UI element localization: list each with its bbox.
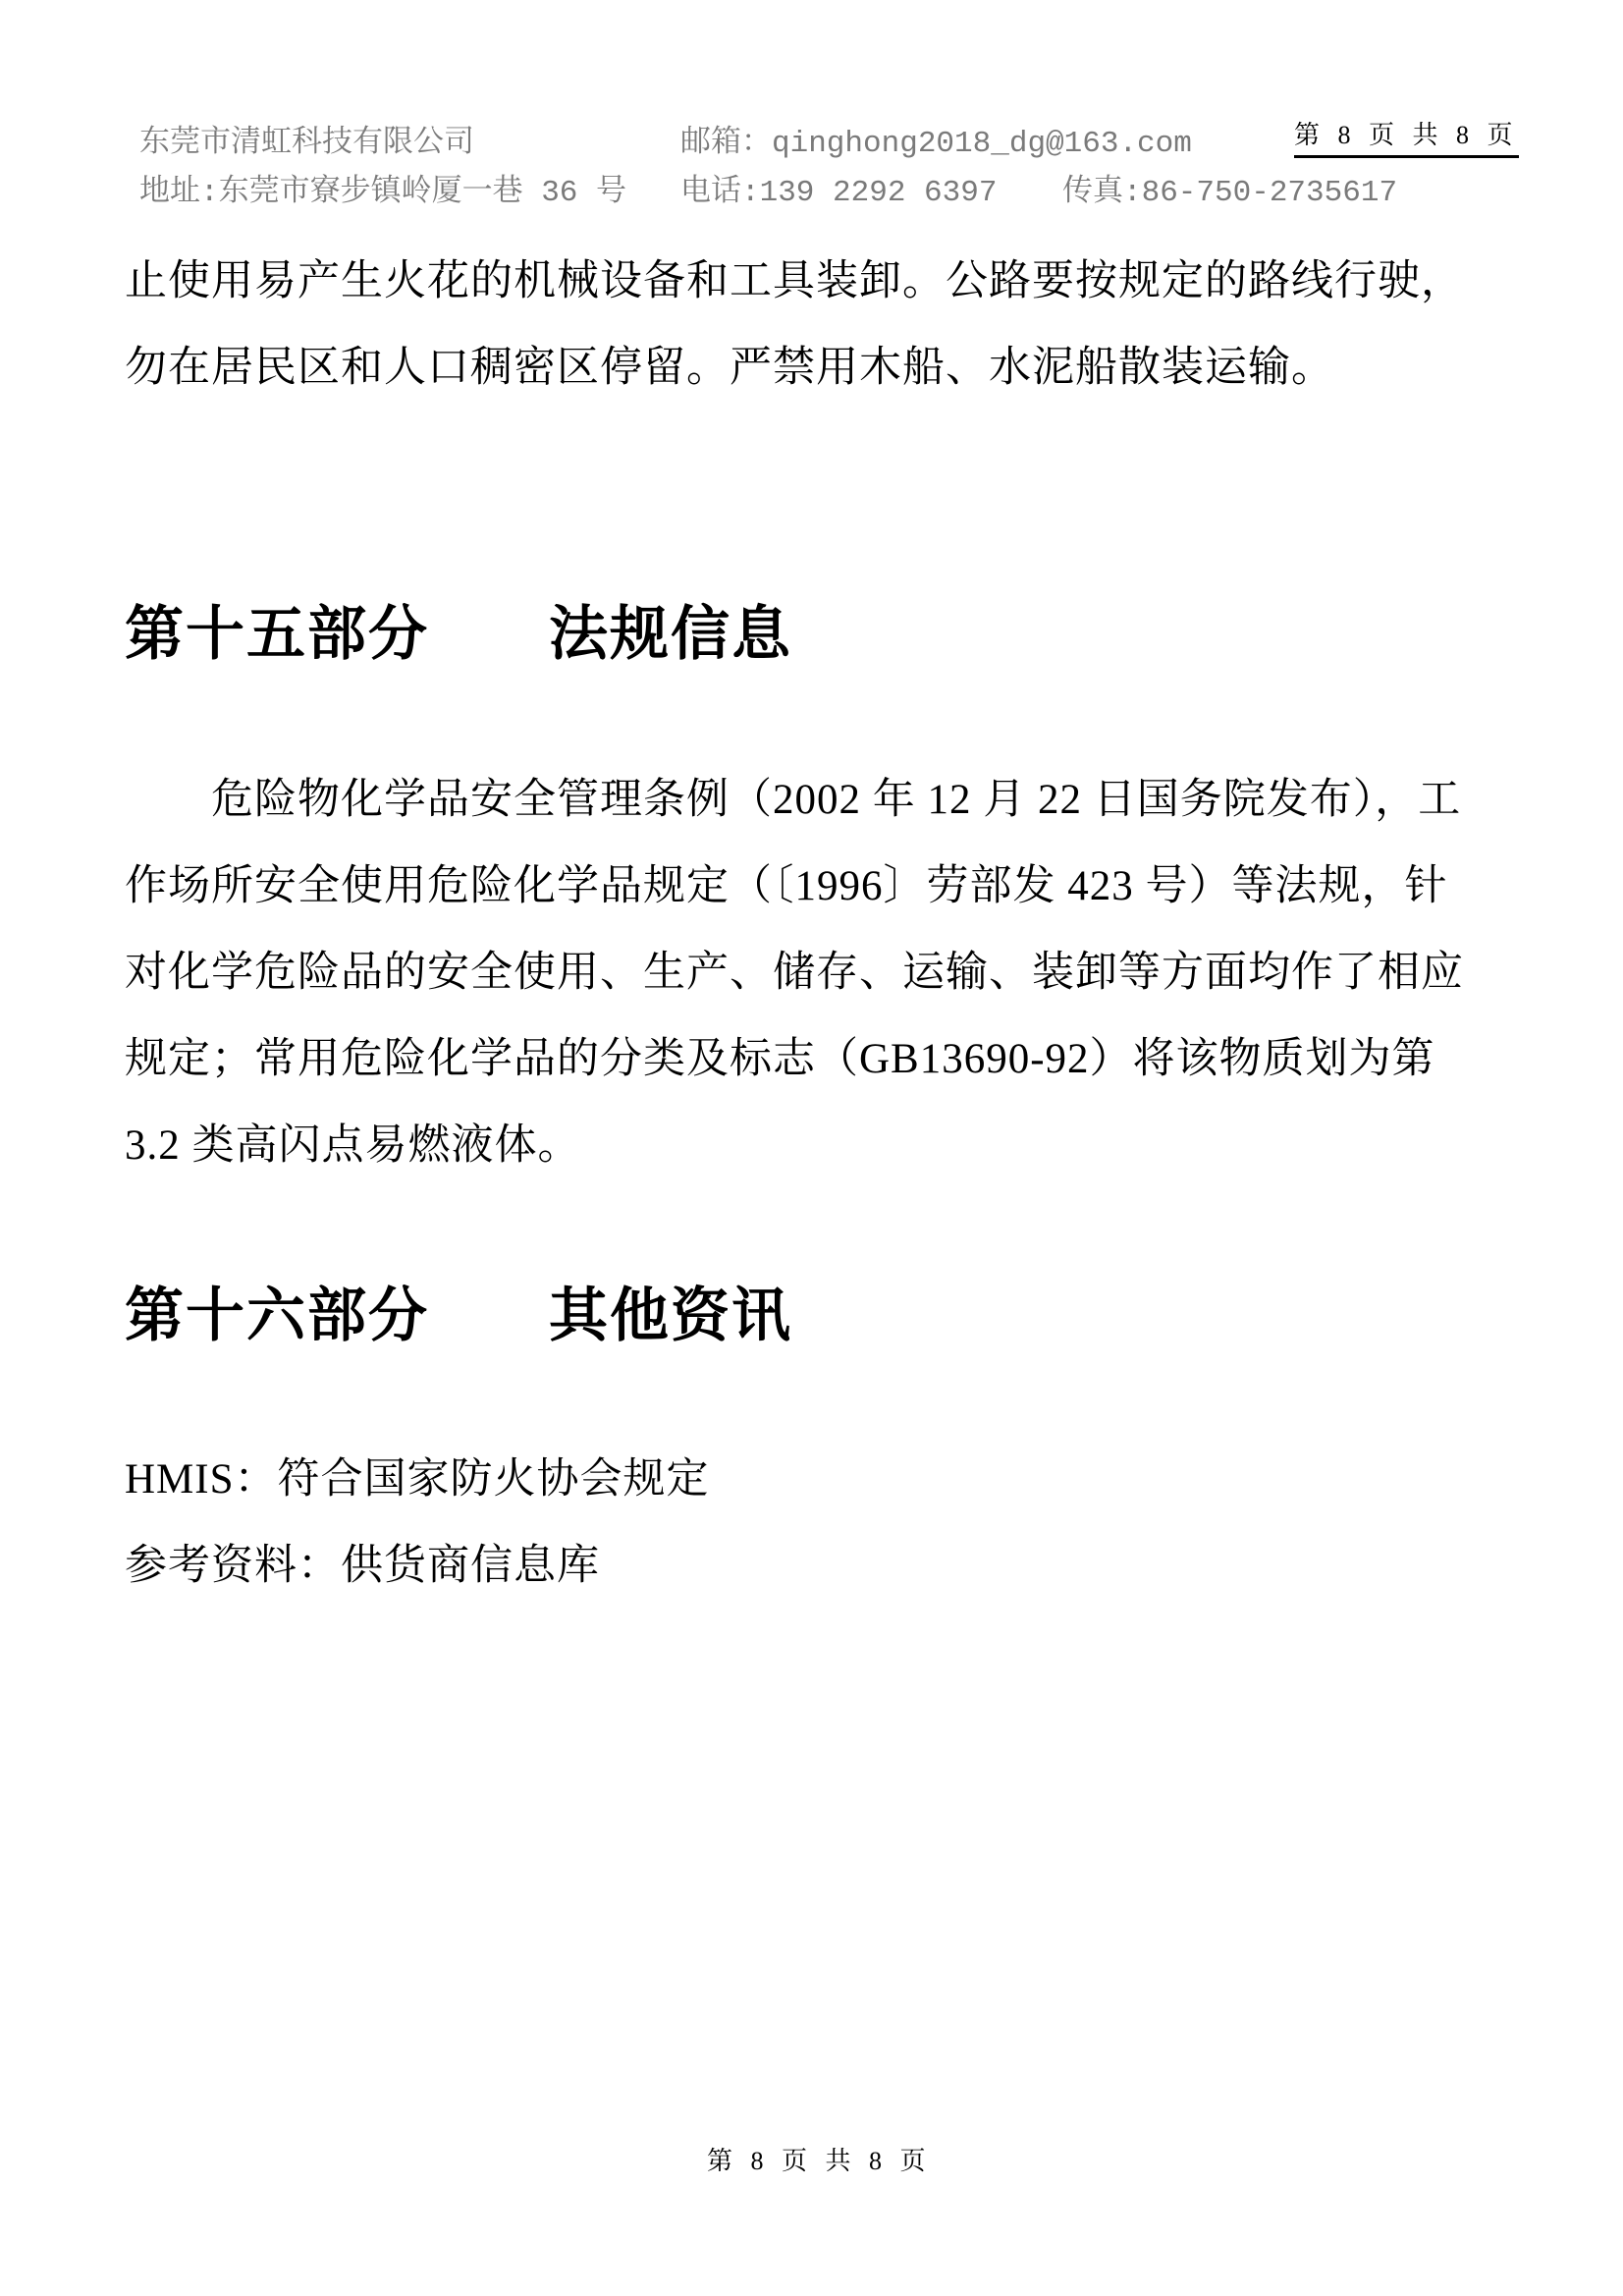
paragraph-line: 3.2 类高闪点易燃液体。 <box>125 1103 1489 1189</box>
section-16-content: HMIS：符合国家防火协会规定 参考资料：供货商信息库 <box>125 1437 1489 1610</box>
header-email: 邮箱：qinghong2018_dg@163.com <box>680 116 1192 161</box>
paragraph-line: 危险物化学品安全管理条例（2002 年 12 月 22 日国务院发布），工 <box>125 757 1489 844</box>
section-heading-15: 第十五部分法规信息 <box>125 587 792 672</box>
section-15-paragraph: 危险物化学品安全管理条例（2002 年 12 月 22 日国务院发布），工 作场… <box>125 757 1489 1189</box>
paragraph-line: 止使用易产生火花的机械设备和工具装卸。公路要按规定的路线行驶， <box>125 239 1489 325</box>
header-fax: 传真:86-750-2735617 <box>1062 165 1397 210</box>
section-heading-16: 第十六部分其他资讯 <box>125 1269 792 1353</box>
section-title: 法规信息 <box>549 587 792 672</box>
section-part-label: 第十六部分 <box>125 1269 549 1353</box>
section-part-label: 第十五部分 <box>125 587 549 672</box>
header-phone: 电话:139 2292 6397 <box>680 165 997 210</box>
header-page-indicator: 第 8 页 共 8 页 <box>1294 115 1519 158</box>
paragraph-line: 作场所安全使用危险化学品规定（〔1996〕劳部发 423 号）等法规，针 <box>125 844 1489 930</box>
hmis-line: HMIS：符合国家防火协会规定 <box>125 1437 1489 1523</box>
paragraph-line: 规定；常用危险化学品的分类及标志（GB13690-92）将该物质划为第 <box>125 1016 1489 1103</box>
header-address: 地址:东莞市寮步镇岭厦一巷 36 号 <box>139 165 626 210</box>
header-company-name: 东莞市清虹科技有限公司 <box>139 116 474 161</box>
footer-page-indicator: 第 8 页 共 8 页 <box>707 2141 932 2177</box>
continued-paragraph: 止使用易产生火花的机械设备和工具装卸。公路要按规定的路线行驶， 勿在居民区和人口… <box>125 239 1489 411</box>
section-title: 其他资讯 <box>549 1269 792 1353</box>
paragraph-line: 对化学危险品的安全使用、生产、储存、运输、装卸等方面均作了相应 <box>125 930 1489 1016</box>
paragraph-line: 勿在居民区和人口稠密区停留。严禁用木船、水泥船散装运输。 <box>125 325 1489 411</box>
reference-line: 参考资料：供货商信息库 <box>125 1523 1489 1610</box>
